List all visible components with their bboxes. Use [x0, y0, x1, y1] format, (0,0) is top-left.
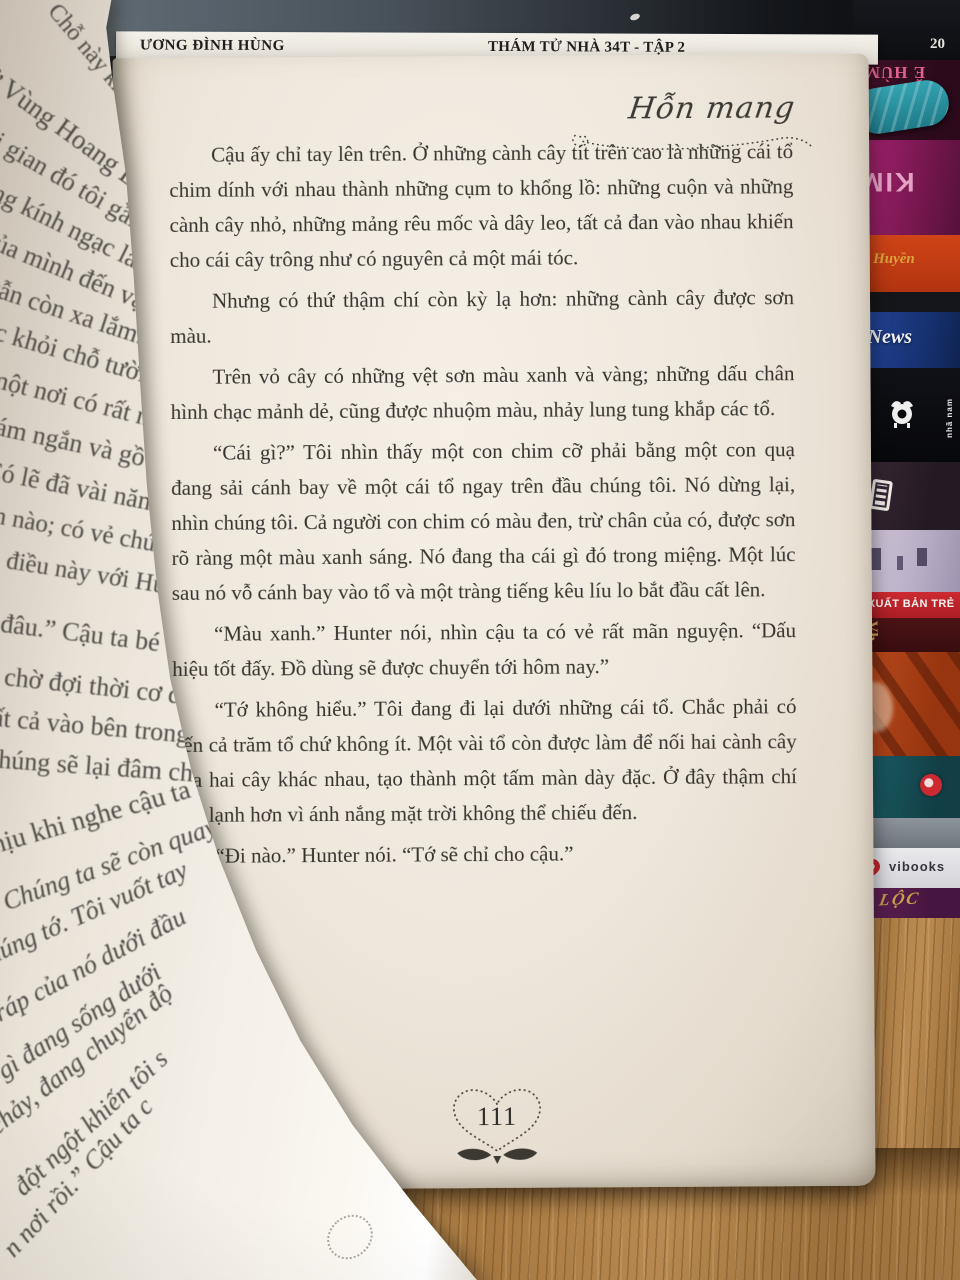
spine-label: nhã nam — [945, 398, 954, 438]
left-page-line: Chỗ này khô — [42, 0, 142, 110]
turning-page: Chỗ này khô ở Vùng Hoang Dã đ ời gian đó… — [0, 0, 516, 1280]
left-page-line: t đâu.” Cậu ta bé đi — [0, 607, 188, 661]
spine-label: vibooks — [889, 859, 945, 874]
left-page-line: tất cả vào bên trong — [0, 702, 191, 750]
running-head-right-number: 20 — [930, 36, 945, 53]
left-page-line: ói điều này với Hunte — [0, 543, 198, 605]
spine-label: Ế HÙM — [863, 62, 925, 82]
left-page-number-ornament — [318, 1205, 382, 1268]
nha-nam-buffalo-icon — [887, 396, 917, 430]
book-photo-scene: 20 Ế HÙM KIM h Huyền t News nhã — [0, 0, 960, 1280]
left-page-line: g chờ đợi thời cơ đ — [0, 660, 183, 710]
seal-stamp-icon — [869, 479, 893, 511]
turning-page-surface: Chỗ này khô ở Vùng Hoang Dã đ ời gian đó… — [0, 0, 516, 1280]
